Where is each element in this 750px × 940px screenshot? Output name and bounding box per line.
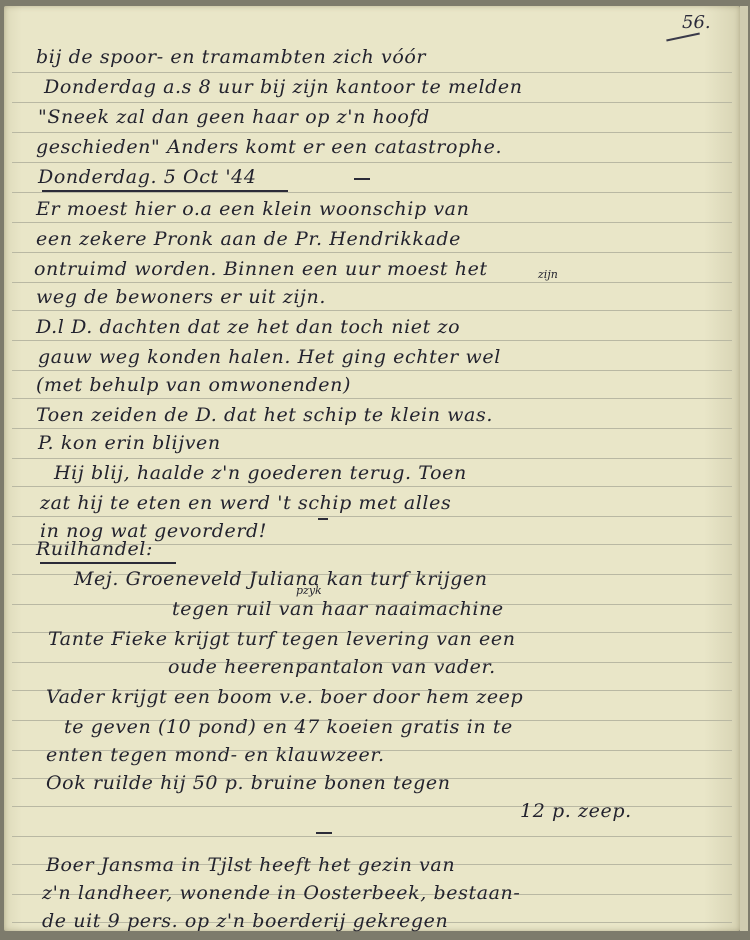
- rule-line: [12, 192, 732, 193]
- inserted-word: zijn: [538, 268, 558, 281]
- text-line: bij de spoor- en tramambten zich vóór: [36, 46, 426, 68]
- text-line: ontruimd worden. Binnen een uur moest he…: [34, 258, 488, 280]
- text-line: Boer Jansma in Tjlst heeft het gezin van: [46, 854, 455, 876]
- text-line: te geven (10 pond) en 47 koeien gratis i…: [64, 716, 513, 738]
- rule-line: [12, 458, 732, 459]
- separator-dash: [318, 518, 328, 520]
- diary-page: 56. bij de spoor- en tramambten zich vóó…: [4, 6, 740, 931]
- heading-underline: [42, 190, 288, 192]
- text-line: Toen zeiden de D. dat het schip te klein…: [36, 404, 493, 426]
- text-line: oude heerenpantalon van vader.: [168, 656, 496, 678]
- text-line: weg de bewoners er uit zijn.: [36, 286, 326, 308]
- rule-line: [12, 340, 732, 341]
- rule-line: [12, 516, 732, 517]
- text-line: Vader krijgt een boom v.e. boer door hem…: [46, 686, 523, 708]
- text-line: tegen ruil van haar naaimachine: [172, 598, 504, 620]
- text-line: z'n landheer, wonende in Oosterbeek, bes…: [42, 882, 520, 904]
- rule-line: [12, 398, 732, 399]
- separator-dash: [316, 832, 332, 834]
- separator-dash: [354, 178, 370, 180]
- rule-line: [12, 310, 732, 311]
- text-line: Ook ruilde hij 50 p. bruine bonen tegen: [46, 772, 451, 794]
- text-line: Hij blij, haalde z'n goederen terug. Toe…: [54, 462, 467, 484]
- page-number-underline: [666, 32, 700, 41]
- text-line: geschieden" Anders komt er een catastrop…: [36, 136, 502, 158]
- rule-line: [12, 72, 732, 73]
- rule-line: [12, 428, 732, 429]
- text-line: (met behulp van omwonenden): [36, 374, 351, 396]
- text-line: Donderdag a.s 8 uur bij zijn kantoor te …: [44, 76, 523, 98]
- rule-line: [12, 836, 732, 837]
- rule-line: [12, 252, 732, 253]
- heading-underline: [40, 562, 176, 564]
- rule-line: [12, 370, 732, 371]
- entry-date-heading: Donderdag. 5 Oct '44: [38, 166, 257, 188]
- page-edge: [740, 6, 748, 931]
- inserted-word: pzyk: [296, 584, 322, 597]
- text-line: zat hij te eten en werd 't schip met all…: [40, 492, 451, 514]
- rule-line: [12, 486, 732, 487]
- text-line: gauw weg konden halen. Het ging echter w…: [38, 346, 501, 368]
- rule-line: [12, 132, 732, 133]
- text-line: enten tegen mond- en klauwzeer.: [46, 744, 385, 766]
- text-line: een zekere Pronk aan de Pr. Hendrikkade: [36, 228, 461, 250]
- rule-line: [12, 102, 732, 103]
- rule-line: [12, 222, 732, 223]
- page-number: 56.: [682, 12, 711, 33]
- section-heading-ruilhandel: Ruilhandel:: [36, 538, 153, 560]
- text-line: 12 p. zeep.: [520, 800, 632, 822]
- rule-line: [12, 282, 732, 283]
- text-line: Tante Fieke krijgt turf tegen levering v…: [48, 628, 516, 650]
- text-line: Mej. Groeneveld Juliana kan turf krijgen: [74, 568, 488, 590]
- rule-line: [12, 162, 732, 163]
- text-line: Er moest hier o.a een klein woonschip va…: [36, 198, 469, 220]
- text-line: de uit 9 pers. op z'n boerderij gekregen: [42, 910, 448, 932]
- text-line: P. kon erin blijven: [38, 432, 221, 454]
- text-line: D.l D. dachten dat ze het dan toch niet …: [36, 316, 460, 338]
- text-line: "Sneek zal dan geen haar op z'n hoofd: [38, 106, 430, 128]
